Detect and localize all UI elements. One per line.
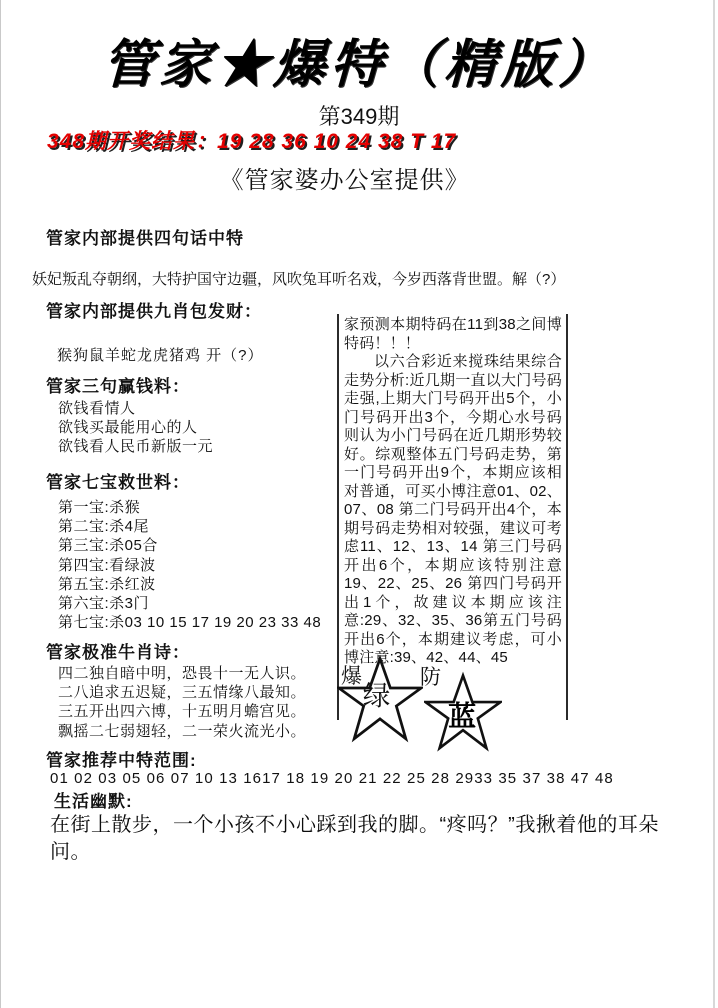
list-item: 第四宝:看绿波 [58,556,321,575]
blue-star-text: 蓝 [448,700,476,731]
list-item: 第一宝:杀猴 [58,498,321,517]
section-heading-three-sentences: 管家三句赢钱料： [46,372,190,397]
list-item: 第六宝:杀3门 [58,594,321,613]
prediction-analysis: 以六合彩近来搅珠结果综合走势分析:近几期一直以大门号码走强,上期大门号码开出5个… [344,353,562,668]
seven-treasures-list: 第一宝:杀猴 第二宝:杀4尾 第三宝:杀05合 第四宝:看绿波 第五宝:杀红波 … [58,498,321,632]
list-item: 第五宝:杀红波 [58,575,321,594]
blue-star-icon: 蓝 [424,669,502,757]
list-item: 第三宝:杀05合 [58,536,321,555]
page-title: 管家★爆特（精版） [0,22,718,97]
lottery-tip-sheet: 管家★爆特（精版） 第349期 348期开奖结果：19 28 36 10 24 … [0,0,718,1008]
list-item: 第二宝:杀4尾 [58,517,321,536]
section-heading-four-sentences: 管家内部提供四句话中特 [46,224,244,249]
ox-poem-lines: 四二独自暗中明，恐畏十一无人识。 二八追求五迟疑，三五情缘八最知。 三五开出四六… [58,664,306,741]
humor-content: 在街上散步，一个小孩不小心踩到我的脚。“疼吗？”我揪着他的耳朵问。 [50,812,678,866]
section-heading-humor: 生活幽默: [54,787,133,812]
section-heading-nine-zodiac: 管家内部提供九肖包发财： [46,297,262,322]
section-heading-recommend-range: 管家推荐中特范围: [46,746,197,771]
green-star-icon: 绿 [337,655,423,745]
poem-line: 四二独自暗中明，恐畏十一无人识。 [58,664,306,683]
page-right-border [713,0,715,1008]
nine-zodiac-content: 猴狗鼠羊蛇龙虎猪鸡 开（?） [57,344,264,365]
list-item: 欲钱买最能用心的人 [58,418,213,437]
poem-line: 二八追求五迟疑，三五情缘八最知。 [58,683,306,702]
four-sentences-content: 妖妃叛乱夺朝纲，大特护国守边疆，风吹兔耳听名戏，今岁西落背世盟。解（?） [32,268,565,289]
three-sentences-list: 欲钱看情人 欲钱买最能用心的人 欲钱看人民币新版一元 [58,399,213,457]
green-star-text: 绿 [363,680,391,711]
previous-draw-result: 348期开奖结果：19 28 36 10 24 38 T 17 [47,125,456,155]
poem-line: 飘摇二七弱翅轻，二一荣火流光小。 [58,722,306,741]
recommended-numbers: 01 02 03 05 06 07 10 13 1617 18 19 20 21… [50,770,614,787]
prediction-headline: 家预测本期特码在11到38之间博特码！！！ [344,316,562,353]
list-item: 欲钱看情人 [58,399,213,418]
page-left-border [0,0,1,1008]
list-item: 第七宝:杀03 10 15 17 19 20 23 33 48 [58,613,321,632]
provider-line: 《管家婆办公室提供》 [0,160,689,195]
section-heading-seven-treasures: 管家七宝救世料： [46,468,190,493]
list-item: 欲钱看人民币新版一元 [58,437,213,456]
section-heading-ox-poem: 管家极准牛肖诗： [46,638,190,663]
poem-line: 三五开出四六博，十五明月蟾宫见。 [58,702,306,721]
